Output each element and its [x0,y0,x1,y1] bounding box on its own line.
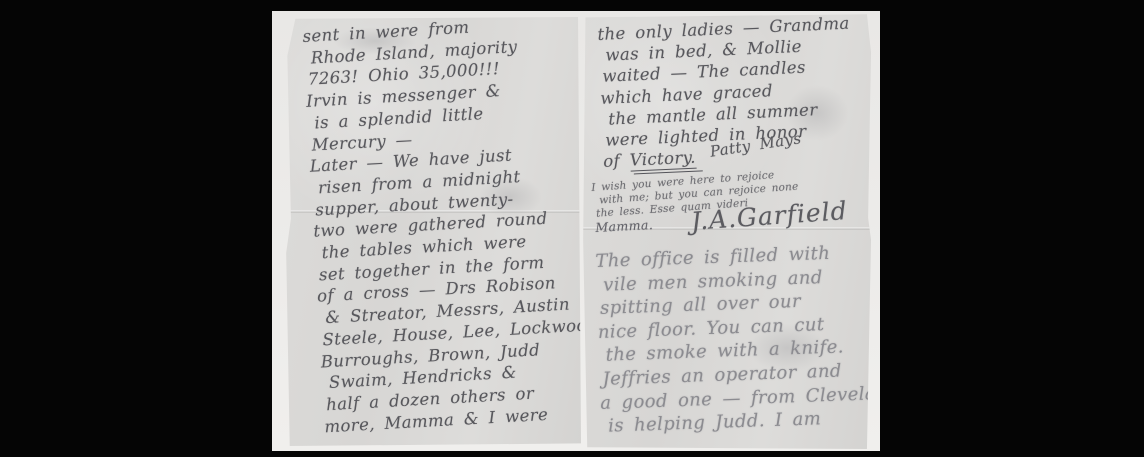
victory-underlined-word: Victory. [629,148,696,172]
letter-page-right: the only ladies — Grandma was in bed, & … [582,13,871,449]
right-page-text-top: the only ladies — Grandma was in bed, & … [597,12,874,174]
right-page-text-bottom: The office is filled with vile men smoki… [595,241,873,439]
left-page-text: sent in were from Rhode Island, majority… [302,11,601,438]
victory-prefix: of [603,151,630,171]
letter-scan-canvas: { "doc": { "kind": "scanned handwritten … [0,0,1144,457]
mamma-salutation: Mamma. [595,217,654,235]
letter-page-left: sent in were from Rhode Island, majority… [285,17,581,446]
